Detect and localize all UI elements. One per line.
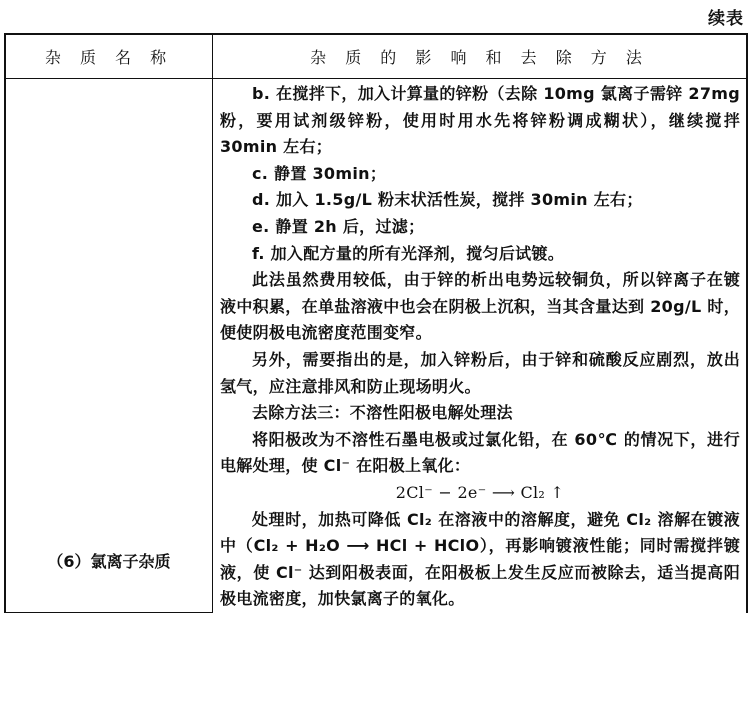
impurity-name-cell: （6）氯离子杂质	[5, 79, 213, 613]
paragraph-electrolysis: 将阳极改为不溶性石墨电极或过氯化铅，在 60℃ 的情况下，进行电解处理，使 Cl…	[220, 427, 740, 480]
method-three-heading: 去除方法三：不溶性阳极电解处理法	[220, 400, 740, 427]
step-c: c. 静置 30min；	[220, 161, 740, 188]
paragraph-treatment-notes: 处理时，加热可降低 Cl₂ 在溶液中的溶解度，避免 Cl₂ 溶解在镀液中（Cl₂…	[220, 507, 740, 613]
step-f: f. 加入配方量的所有光泽剂，搅匀后试镀。	[220, 241, 740, 268]
paragraph-safety-note: 另外，需要指出的是，加入锌粉后，由于锌和硫酸反应剧烈，放出氢气，应注意排风和防止…	[220, 347, 740, 400]
impurity-name: （6）氯离子杂质	[6, 549, 212, 572]
paragraph-zinc-drawback: 此法虽然费用较低，由于锌的析出电势远较铜负，所以锌离子在镀液中积累，在单盐溶液中…	[220, 267, 740, 347]
continued-table-label: 续表	[708, 4, 744, 29]
table-header-row: 杂 质 名 称 杂 质 的 影 响 和 去 除 方 法	[5, 34, 747, 79]
step-d: d. 加入 1.5g/L 粉末状活性炭，搅拌 30min 左右；	[220, 187, 740, 214]
table-row: （6）氯离子杂质 b. 在搅拌下，加入计算量的锌粉（去除 10mg 氯离子需锌 …	[5, 79, 747, 613]
chemical-equation: 2Cl⁻ − 2e⁻ ⟶ Cl₂ ↑	[220, 480, 740, 507]
effects-removal-cell: b. 在搅拌下，加入计算量的锌粉（去除 10mg 氯离子需锌 27mg 粉，要用…	[213, 79, 748, 613]
step-e: e. 静置 2h 后，过滤；	[220, 214, 740, 241]
header-impurity-name: 杂 质 名 称	[5, 34, 213, 79]
header-effects-and-removal: 杂 质 的 影 响 和 去 除 方 法	[213, 34, 748, 79]
impurity-table: 杂 质 名 称 杂 质 的 影 响 和 去 除 方 法 （6）氯离子杂质 b. …	[4, 33, 748, 613]
step-b: b. 在搅拌下，加入计算量的锌粉（去除 10mg 氯离子需锌 27mg 粉，要用…	[220, 81, 740, 161]
